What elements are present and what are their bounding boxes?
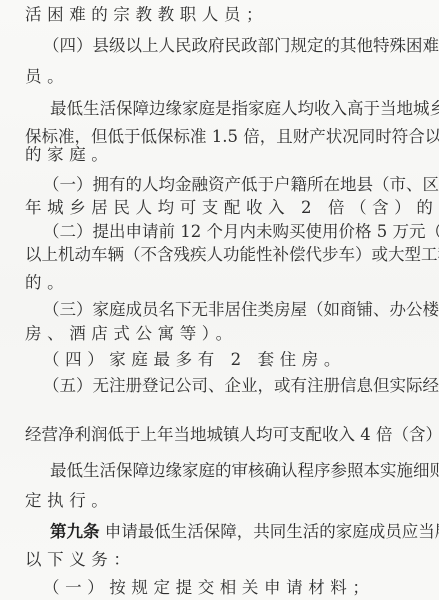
text-line: 的。 — [25, 272, 410, 294]
text-line: 活困难的宗教教职人员； — [25, 4, 410, 26]
list-item-4b: （四）家庭最多有 2 套住房。 — [43, 349, 410, 371]
text-line: 员。 — [25, 66, 410, 88]
document-page: 活困难的宗教教职人员； （四）县级以上人民政府民政部门规定的其他特殊困难人 员。… — [0, 0, 439, 600]
text-line: 房、酒店式公寓等）。 — [25, 323, 410, 345]
list-item-5: （五）无注册登记公司、企业，或有注册信息但实际经营年 — [43, 375, 410, 397]
paragraph-start: 最低生活保障边缘家庭是指家庭人均收入高于当地城乡低 — [50, 98, 410, 120]
text-line: 的家庭。 — [25, 144, 410, 166]
list-item-3: （三）家庭成员名下无非居住类房屋（如商铺、办公楼、厂 — [43, 299, 410, 321]
article-heading: 第九条 — [50, 522, 100, 541]
text-line: 年城乡居民人均可支配收入 2 倍（含）的。 — [25, 197, 410, 219]
article-nine: 第九条 申请最低生活保障，共同生活的家庭成员应当履行 — [50, 521, 410, 543]
text-line: 定执行。 — [25, 490, 410, 512]
list-item-2: （二）提出申请前 12 个月内未购买使用价格 5 万元（含） — [43, 221, 410, 243]
list-item-1b: （一）按规定提交相关申请材料； — [43, 577, 410, 599]
text-line: 以上机动车辆（不含残疾人功能性补偿代步车）或大型工程机械 — [25, 244, 410, 266]
list-item-4: （四）县级以上人民政府民政部门规定的其他特殊困难人 — [43, 35, 410, 57]
text-line: 以下义务： — [25, 549, 410, 571]
article-text: 申请最低生活保障，共同生活的家庭成员应当履行 — [100, 522, 439, 541]
text-line: 经营净利润低于上年当地城镇人均可支配收入 4 倍（含）的。 — [25, 424, 410, 446]
paragraph-start: 最低生活保障边缘家庭的审核确认程序参照本实施细则规 — [50, 460, 410, 482]
list-item-1: （一）拥有的人均金融资产低于户籍所在地县（市、区）上 — [43, 174, 410, 196]
